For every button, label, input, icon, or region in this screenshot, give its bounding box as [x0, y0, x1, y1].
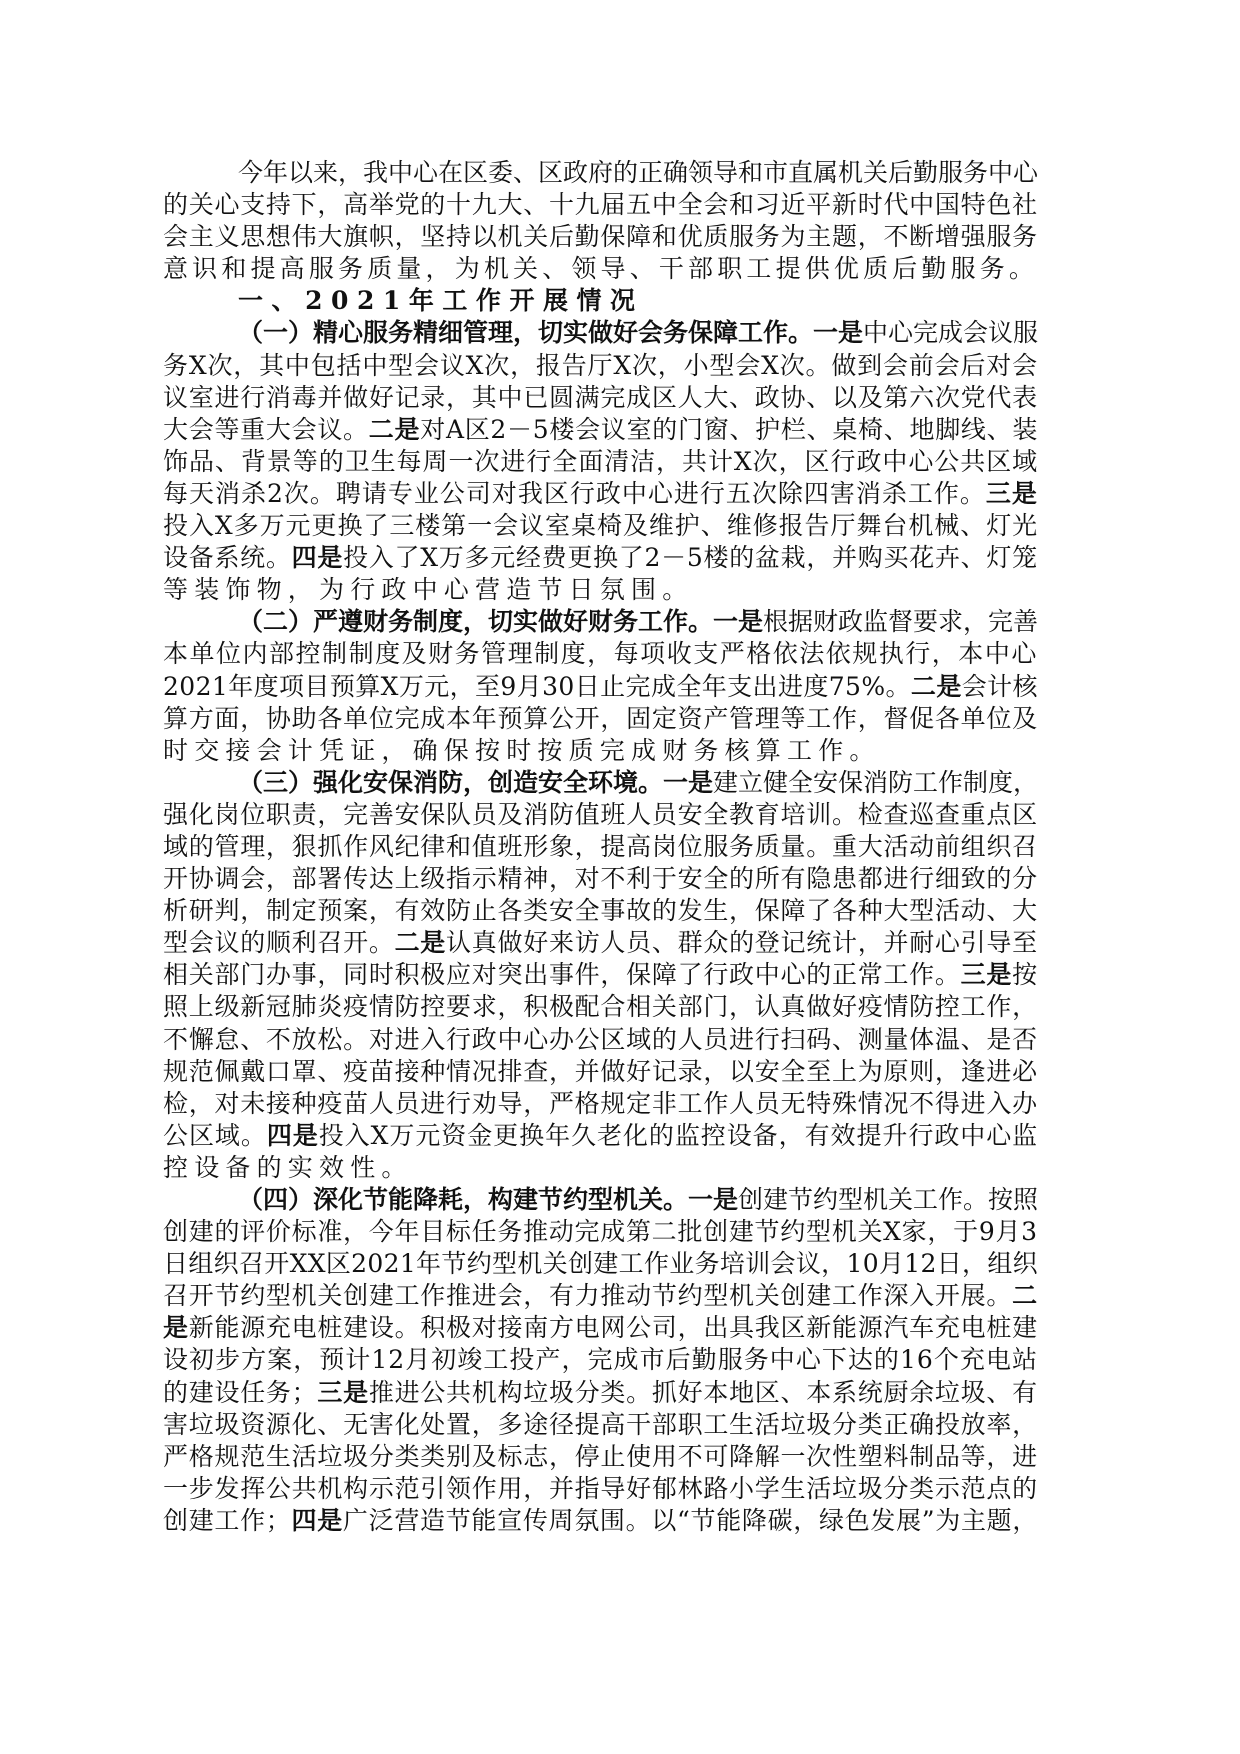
text-line: 算方面，协助各单位完成本年预算公开，固定资产管理等工作，督促各单位及 [163, 703, 1038, 735]
line-content: 析研判，制定预案，有效防止各类安全事故的发生，保障了各种大型活动、大 [163, 896, 1038, 925]
line-content: （三）强化安保消防，创造安全环境。一是建立健全安保消防工作制度， [238, 768, 1038, 797]
line-content: 今年以来，我中心在区委、区政府的正确领导和市直属机关后勤服务中心 [238, 158, 1038, 187]
body-text: 的建设任务； [163, 1378, 317, 1407]
document-body: 今年以来，我中心在区委、区政府的正确领导和市直属机关后勤服务中心的关心支持下，高… [163, 157, 1038, 1537]
text-line: 域的管理，狠抓作风纪律和值班形象，提高岗位服务质量。重大活动前组织召 [163, 831, 1038, 863]
line-content: 公区域。四是投入X万元资金更换年久老化的监控设备，有效提升行政中心监 [163, 1121, 1038, 1150]
line-content: 创建工作；四是广泛营造节能宣传周氛围。以“节能降碳，绿色发展”为主题， [163, 1506, 1038, 1535]
line-content: 相关部门办事，同时积极应对突出事件，保障了行政中心的正常工作。三是按 [163, 960, 1038, 989]
body-text: 新能源充电桩建设。积极对接南方电网公司，出具我区新能源汽车充电桩建 [189, 1313, 1038, 1342]
line-content: 时交接会计凭证，确保按时按质完成财务核算工作。 [163, 736, 881, 765]
text-line: 强化岗位职责，完善安保队员及消防值班人员安全教育培训。检查巡查重点区 [163, 799, 1038, 831]
text-line: （三）强化安保消防，创造安全环境。一是建立健全安保消防工作制度， [163, 767, 1038, 799]
text-line: 照上级新冠肺炎疫情防控要求，积极配合相关部门，认真做好疫情防控工作， [163, 991, 1038, 1023]
text-line: 时交接会计凭证，确保按时按质完成财务核算工作。 [163, 735, 1038, 767]
body-text: 算方面，协助各单位完成本年预算公开，固定资产管理等工作，督促各单位及 [163, 704, 1038, 733]
text-line: 是新能源充电桩建设。积极对接南方电网公司，出具我区新能源汽车充电桩建 [163, 1312, 1038, 1344]
line-content: 严格规范生活垃圾分类类别及标志，停止使用不可降解一次性塑料制品等，进 [163, 1442, 1038, 1471]
text-line: 召开节约型机关创建工作推进会，有力推动节约型机关创建工作深入开展。二 [163, 1280, 1038, 1312]
body-text: 本单位内部控制制度及财务管理制度，每项收支严格依法依规执行，本中心 [163, 639, 1038, 668]
line-content: 检，对未接种疫苗人员进行劝导，严格规定非工作人员无特殊情况不得进入办 [163, 1089, 1038, 1118]
line-content: 规范佩戴口罩、疫苗接种情况排查，并做好记录，以安全至上为原则，逢进必 [163, 1057, 1038, 1086]
body-text: 广泛营造节能宣传周氛围。以“节能降碳，绿色发展”为主题， [343, 1506, 1038, 1535]
line-content: 照上级新冠肺炎疫情防控要求，积极配合相关部门，认真做好疫情防控工作， [163, 992, 1038, 1021]
line-content: 一、2021年工作开展情况 [238, 286, 644, 315]
line-content: 本单位内部控制制度及财务管理制度，每项收支严格依法依规执行，本中心 [163, 639, 1038, 668]
text-line: 开协调会，部署传达上级指示精神，对不利于安全的所有隐患都进行细致的分 [163, 863, 1038, 895]
section-4-paragraph: （四）深化节能降耗，构建节约型机关。一是创建节约型机关工作。按照创建的评价标准，… [163, 1184, 1038, 1537]
body-text: 饰品、背景等的卫生每周一次进行全面清洁，共计X次，区行政中心公共区域 [163, 447, 1038, 476]
line-content: 等装饰物，为行政中心营造节日氛围。 [163, 575, 693, 604]
body-text: 日组织召开XX区2021年节约型机关创建工作业务培训会议，10月12日，组织 [163, 1249, 1038, 1278]
bold-text: （一）精心服务精细管理，切实做好会务保障工作。一是 [238, 318, 863, 347]
text-line: 创建工作；四是广泛营造节能宣传周氛围。以“节能降碳，绿色发展”为主题， [163, 1505, 1038, 1537]
body-text: 等装饰物，为行政中心营造节日氛围。 [163, 575, 693, 604]
line-content: 会主义思想伟大旗帜，坚持以机关后勤保障和优质服务为主题，不断增强服务 [163, 222, 1038, 251]
section-3-paragraph: （三）强化安保消防，创造安全环境。一是建立健全安保消防工作制度，强化岗位职责，完… [163, 767, 1038, 1184]
body-text: 相关部门办事，同时积极应对突出事件，保障了行政中心的正常工作。 [163, 960, 961, 989]
text-line: 规范佩戴口罩、疫苗接种情况排查，并做好记录，以安全至上为原则，逢进必 [163, 1056, 1038, 1088]
body-text: 检，对未接种疫苗人员进行劝导，严格规定非工作人员无特殊情况不得进入办 [163, 1089, 1038, 1118]
body-text: 认真做好来访人员、群众的登记统计，并耐心引导至 [446, 928, 1038, 957]
text-line: 日组织召开XX区2021年节约型机关创建工作业务培训会议，10月12日，组织 [163, 1248, 1038, 1280]
body-text: 务X次，其中包括中型会议X次，报告厅X次，小型会X次。做到会前会后对会 [163, 351, 1038, 380]
bold-text: 四是 [267, 1121, 319, 1150]
line-content: 创建的评价标准，今年目标任务推动完成第二批创建节约型机关X家，于9月3 [163, 1217, 1038, 1246]
text-line: （四）深化节能降耗，构建节约型机关。一是创建节约型机关工作。按照 [163, 1184, 1038, 1216]
line-content: 设备系统。四是投入了X万多元经费更换了2－5楼的盆栽，并购买花卉、灯笼 [163, 543, 1038, 572]
text-line: 害垃圾资源化、无害化处置，多途径提高干部职工生活垃圾分类正确投放率， [163, 1409, 1038, 1441]
text-line: 设初步方案，预计12月初竣工投产，完成市后勤服务中心下达的16个充电站 [163, 1344, 1038, 1376]
body-text: 投入X多万元更换了三楼第一会议室桌椅及维护、维修报告厅舞台机械、灯光 [163, 511, 1038, 540]
text-line: 2021年度项目预算X万元，至9月30日止完成全年支出进度75%。二是会计核 [163, 671, 1038, 703]
bold-text: （四）深化节能降耗，构建节约型机关。一是 [238, 1185, 738, 1214]
text-line: 一、2021年工作开展情况 [163, 285, 1038, 317]
body-text: 照上级新冠肺炎疫情防控要求，积极配合相关部门，认真做好疫情防控工作， [163, 992, 1038, 1021]
text-line: 今年以来，我中心在区委、区政府的正确领导和市直属机关后勤服务中心 [163, 157, 1038, 189]
body-text: 召开节约型机关创建工作推进会，有力推动节约型机关创建工作深入开展。 [163, 1281, 1012, 1310]
text-line: 每天消杀2次。聘请专业公司对我区行政中心进行五次除四害消杀工作。三是 [163, 478, 1038, 510]
body-text: 设备系统。 [163, 543, 292, 572]
line-content: 强化岗位职责，完善安保队员及消防值班人员安全教育培训。检查巡查重点区 [163, 800, 1038, 829]
text-line: 等装饰物，为行政中心营造节日氛围。 [163, 574, 1038, 606]
text-line: 大会等重大会议。二是对A区2－5楼会议室的门窗、护栏、桌椅、地脚线、装 [163, 414, 1038, 446]
line-content: 型会议的顺利召开。二是认真做好来访人员、群众的登记统计，并耐心引导至 [163, 928, 1038, 957]
line-content: 务X次，其中包括中型会议X次，报告厅X次，小型会X次。做到会前会后对会 [163, 351, 1038, 380]
line-content: 域的管理，狠抓作风纪律和值班形象，提高岗位服务质量。重大活动前组织召 [163, 832, 1038, 861]
body-text: 不懈怠、不放松。对进入行政中心办公区域的人员进行扫码、测量体温、是否 [163, 1025, 1038, 1054]
text-line: 的关心支持下，高举党的十九大、十九届五中全会和习近平新时代中国特色社 [163, 189, 1038, 221]
bold-text: 三是 [317, 1378, 368, 1407]
text-line: 议室进行消毒并做好记录，其中已圆满完成区人大、政协、以及第六次党代表 [163, 382, 1038, 414]
body-text: 2021年度项目预算X万元，至9月30日止完成全年支出进度75%。 [163, 672, 911, 701]
text-line: （一）精心服务精细管理，切实做好会务保障工作。一是中心完成会议服 [163, 317, 1038, 349]
text-line: 创建的评价标准，今年目标任务推动完成第二批创建节约型机关X家，于9月3 [163, 1216, 1038, 1248]
body-text: 中心完成会议服 [863, 318, 1038, 347]
body-text: 设初步方案，预计12月初竣工投产，完成市后勤服务中心下达的16个充电站 [163, 1345, 1038, 1374]
document-page: 今年以来，我中心在区委、区政府的正确领导和市直属机关后勤服务中心的关心支持下，高… [0, 0, 1240, 1754]
body-text: 析研判，制定预案，有效防止各类安全事故的发生，保障了各种大型活动、大 [163, 896, 1038, 925]
bold-text: 二是 [395, 928, 446, 957]
text-line: （二）严遵财务制度，切实做好财务工作。一是根据财政监督要求，完善 [163, 606, 1038, 638]
line-content: 大会等重大会议。二是对A区2－5楼会议室的门窗、护栏、桌椅、地脚线、装 [163, 415, 1038, 444]
text-line: 会主义思想伟大旗帜，坚持以机关后勤保障和优质服务为主题，不断增强服务 [163, 221, 1038, 253]
intro-paragraph: 今年以来，我中心在区委、区政府的正确领导和市直属机关后勤服务中心的关心支持下，高… [163, 157, 1038, 285]
bold-text: （二）严遵财务制度，切实做好财务工作。一是 [238, 607, 763, 636]
body-text: 强化岗位职责，完善安保队员及消防值班人员安全教育培训。检查巡查重点区 [163, 800, 1038, 829]
body-text: 的关心支持下，高举党的十九大、十九届五中全会和习近平新时代中国特色社 [163, 190, 1038, 219]
body-text: 公区域。 [163, 1121, 267, 1150]
bold-text: 三是 [986, 479, 1038, 508]
bold-text: 四是 [292, 1506, 343, 1535]
text-line: 饰品、背景等的卫生每周一次进行全面清洁，共计X次，区行政中心公共区域 [163, 446, 1038, 478]
text-line: 投入X多万元更换了三楼第一会议室桌椅及维护、维修报告厅舞台机械、灯光 [163, 510, 1038, 542]
section-2-paragraph: （二）严遵财务制度，切实做好财务工作。一是根据财政监督要求，完善本单位内部控制制… [163, 606, 1038, 766]
body-text: 创建的评价标准，今年目标任务推动完成第二批创建节约型机关X家，于9月3 [163, 1217, 1038, 1246]
line-content: 2021年度项目预算X万元，至9月30日止完成全年支出进度75%。二是会计核 [163, 672, 1038, 701]
body-text: 域的管理，狠抓作风纪律和值班形象，提高岗位服务质量。重大活动前组织召 [163, 832, 1038, 861]
body-text: 意识和提高服务质量，为机关、领导、干部职工提供优质后勤服务。 [163, 254, 1038, 283]
line-content: （一）精心服务精细管理，切实做好会务保障工作。一是中心完成会议服 [238, 318, 1038, 347]
body-text: 投入了X万多元经费更换了2－5楼的盆栽，并购买花卉、灯笼 [343, 543, 1038, 572]
text-line: 务X次，其中包括中型会议X次，报告厅X次，小型会X次。做到会前会后对会 [163, 350, 1038, 382]
line-content: 开协调会，部署传达上级指示精神，对不利于安全的所有隐患都进行细致的分 [163, 864, 1038, 893]
line-content: 一步发挥公共机构示范引领作用，并指导好郁林路小学生活垃圾分类示范点的 [163, 1474, 1038, 1503]
bold-text: 四是 [292, 543, 343, 572]
line-content: 算方面，协助各单位完成本年预算公开，固定资产管理等工作，督促各单位及 [163, 704, 1038, 733]
body-text: 创建节约型机关工作。按照 [738, 1185, 1038, 1214]
body-text: 根据财政监督要求，完善 [763, 607, 1038, 636]
text-line: 控设备的实效性。 [163, 1152, 1038, 1184]
body-text: 议室进行消毒并做好记录，其中已圆满完成区人大、政协、以及第六次党代表 [163, 383, 1038, 412]
line-content: （四）深化节能降耗，构建节约型机关。一是创建节约型机关工作。按照 [238, 1185, 1038, 1214]
body-text: 会计核 [962, 672, 1038, 701]
bold-text: 二是 [911, 672, 962, 701]
section-1-paragraph: （一）精心服务精细管理，切实做好会务保障工作。一是中心完成会议服务X次，其中包括… [163, 317, 1038, 606]
line-content: （二）严遵财务制度，切实做好财务工作。一是根据财政监督要求，完善 [238, 607, 1038, 636]
line-content: 的建设任务；三是推进公共机构垃圾分类。抓好本地区、本系统厨余垃圾、有 [163, 1378, 1038, 1407]
text-line: 析研判，制定预案，有效防止各类安全事故的发生，保障了各种大型活动、大 [163, 895, 1038, 927]
line-content: 投入X多万元更换了三楼第一会议室桌椅及维护、维修报告厅舞台机械、灯光 [163, 511, 1038, 540]
text-line: 本单位内部控制制度及财务管理制度，每项收支严格依法依规执行，本中心 [163, 638, 1038, 670]
body-text: 投入X万元资金更换年久老化的监控设备，有效提升行政中心监 [319, 1121, 1038, 1150]
text-line: 的建设任务；三是推进公共机构垃圾分类。抓好本地区、本系统厨余垃圾、有 [163, 1377, 1038, 1409]
text-line: 公区域。四是投入X万元资金更换年久老化的监控设备，有效提升行政中心监 [163, 1120, 1038, 1152]
body-text: 害垃圾资源化、无害化处置，多途径提高干部职工生活垃圾分类正确投放率， [163, 1410, 1038, 1439]
body-text: 一步发挥公共机构示范引领作用，并指导好郁林路小学生活垃圾分类示范点的 [163, 1474, 1038, 1503]
line-content: 每天消杀2次。聘请专业公司对我区行政中心进行五次除四害消杀工作。三是 [163, 479, 1038, 508]
section-heading: 一、2021年工作开展情况 [163, 285, 1038, 317]
body-text: 大会等重大会议。 [163, 415, 369, 444]
body-text: 建立健全安保消防工作制度， [713, 768, 1038, 797]
bold-text: 三是 [961, 960, 1012, 989]
body-text: 会主义思想伟大旗帜，坚持以机关后勤保障和优质服务为主题，不断增强服务 [163, 222, 1038, 251]
bold-text: 是 [163, 1313, 189, 1342]
body-text: 每天消杀2次。聘请专业公司对我区行政中心进行五次除四害消杀工作。 [163, 479, 986, 508]
body-text: 控设备的实效性。 [163, 1153, 413, 1182]
text-line: 严格规范生活垃圾分类类别及标志，停止使用不可降解一次性塑料制品等，进 [163, 1441, 1038, 1473]
text-line: 检，对未接种疫苗人员进行劝导，严格规定非工作人员无特殊情况不得进入办 [163, 1088, 1038, 1120]
line-content: 议室进行消毒并做好记录，其中已圆满完成区人大、政协、以及第六次党代表 [163, 383, 1038, 412]
bold-text: 一、2021年工作开展情况 [238, 286, 644, 315]
line-content: 意识和提高服务质量，为机关、领导、干部职工提供优质后勤服务。 [163, 254, 1038, 283]
line-content: 设初步方案，预计12月初竣工投产，完成市后勤服务中心下达的16个充电站 [163, 1345, 1038, 1374]
body-text: 今年以来，我中心在区委、区政府的正确领导和市直属机关后勤服务中心 [238, 158, 1038, 187]
bold-text: 二是 [369, 415, 420, 444]
line-content: 饰品、背景等的卫生每周一次进行全面清洁，共计X次，区行政中心公共区域 [163, 447, 1038, 476]
bold-text: （三）强化安保消防，创造安全环境。一是 [238, 768, 713, 797]
body-text: 型会议的顺利召开。 [163, 928, 395, 957]
body-text: 规范佩戴口罩、疫苗接种情况排查，并做好记录，以安全至上为原则，逢进必 [163, 1057, 1038, 1086]
line-content: 日组织召开XX区2021年节约型机关创建工作业务培训会议，10月12日，组织 [163, 1249, 1038, 1278]
line-content: 控设备的实效性。 [163, 1153, 413, 1182]
line-content: 害垃圾资源化、无害化处置，多途径提高干部职工生活垃圾分类正确投放率， [163, 1410, 1038, 1439]
body-text: 严格规范生活垃圾分类类别及标志，停止使用不可降解一次性塑料制品等，进 [163, 1442, 1038, 1471]
text-line: 设备系统。四是投入了X万多元经费更换了2－5楼的盆栽，并购买花卉、灯笼 [163, 542, 1038, 574]
text-line: 一步发挥公共机构示范引领作用，并指导好郁林路小学生活垃圾分类示范点的 [163, 1473, 1038, 1505]
line-content: 不懈怠、不放松。对进入行政中心办公区域的人员进行扫码、测量体温、是否 [163, 1025, 1038, 1054]
text-line: 意识和提高服务质量，为机关、领导、干部职工提供优质后勤服务。 [163, 253, 1038, 285]
line-content: 的关心支持下，高举党的十九大、十九届五中全会和习近平新时代中国特色社 [163, 190, 1038, 219]
bold-text: 二 [1012, 1281, 1038, 1310]
body-text: 开协调会，部署传达上级指示精神，对不利于安全的所有隐患都进行细致的分 [163, 864, 1038, 893]
body-text: 按 [1012, 960, 1038, 989]
body-text: 时交接会计凭证，确保按时按质完成财务核算工作。 [163, 736, 881, 765]
body-text: 推进公共机构垃圾分类。抓好本地区、本系统厨余垃圾、有 [369, 1378, 1038, 1407]
line-content: 召开节约型机关创建工作推进会，有力推动节约型机关创建工作深入开展。二 [163, 1281, 1038, 1310]
text-line: 相关部门办事，同时积极应对突出事件，保障了行政中心的正常工作。三是按 [163, 959, 1038, 991]
text-line: 型会议的顺利召开。二是认真做好来访人员、群众的登记统计，并耐心引导至 [163, 927, 1038, 959]
text-line: 不懈怠、不放松。对进入行政中心办公区域的人员进行扫码、测量体温、是否 [163, 1024, 1038, 1056]
body-text: 创建工作； [163, 1506, 292, 1535]
body-text: 对A区2－5楼会议室的门窗、护栏、桌椅、地脚线、装 [420, 415, 1038, 444]
line-content: 是新能源充电桩建设。积极对接南方电网公司，出具我区新能源汽车充电桩建 [163, 1313, 1038, 1342]
